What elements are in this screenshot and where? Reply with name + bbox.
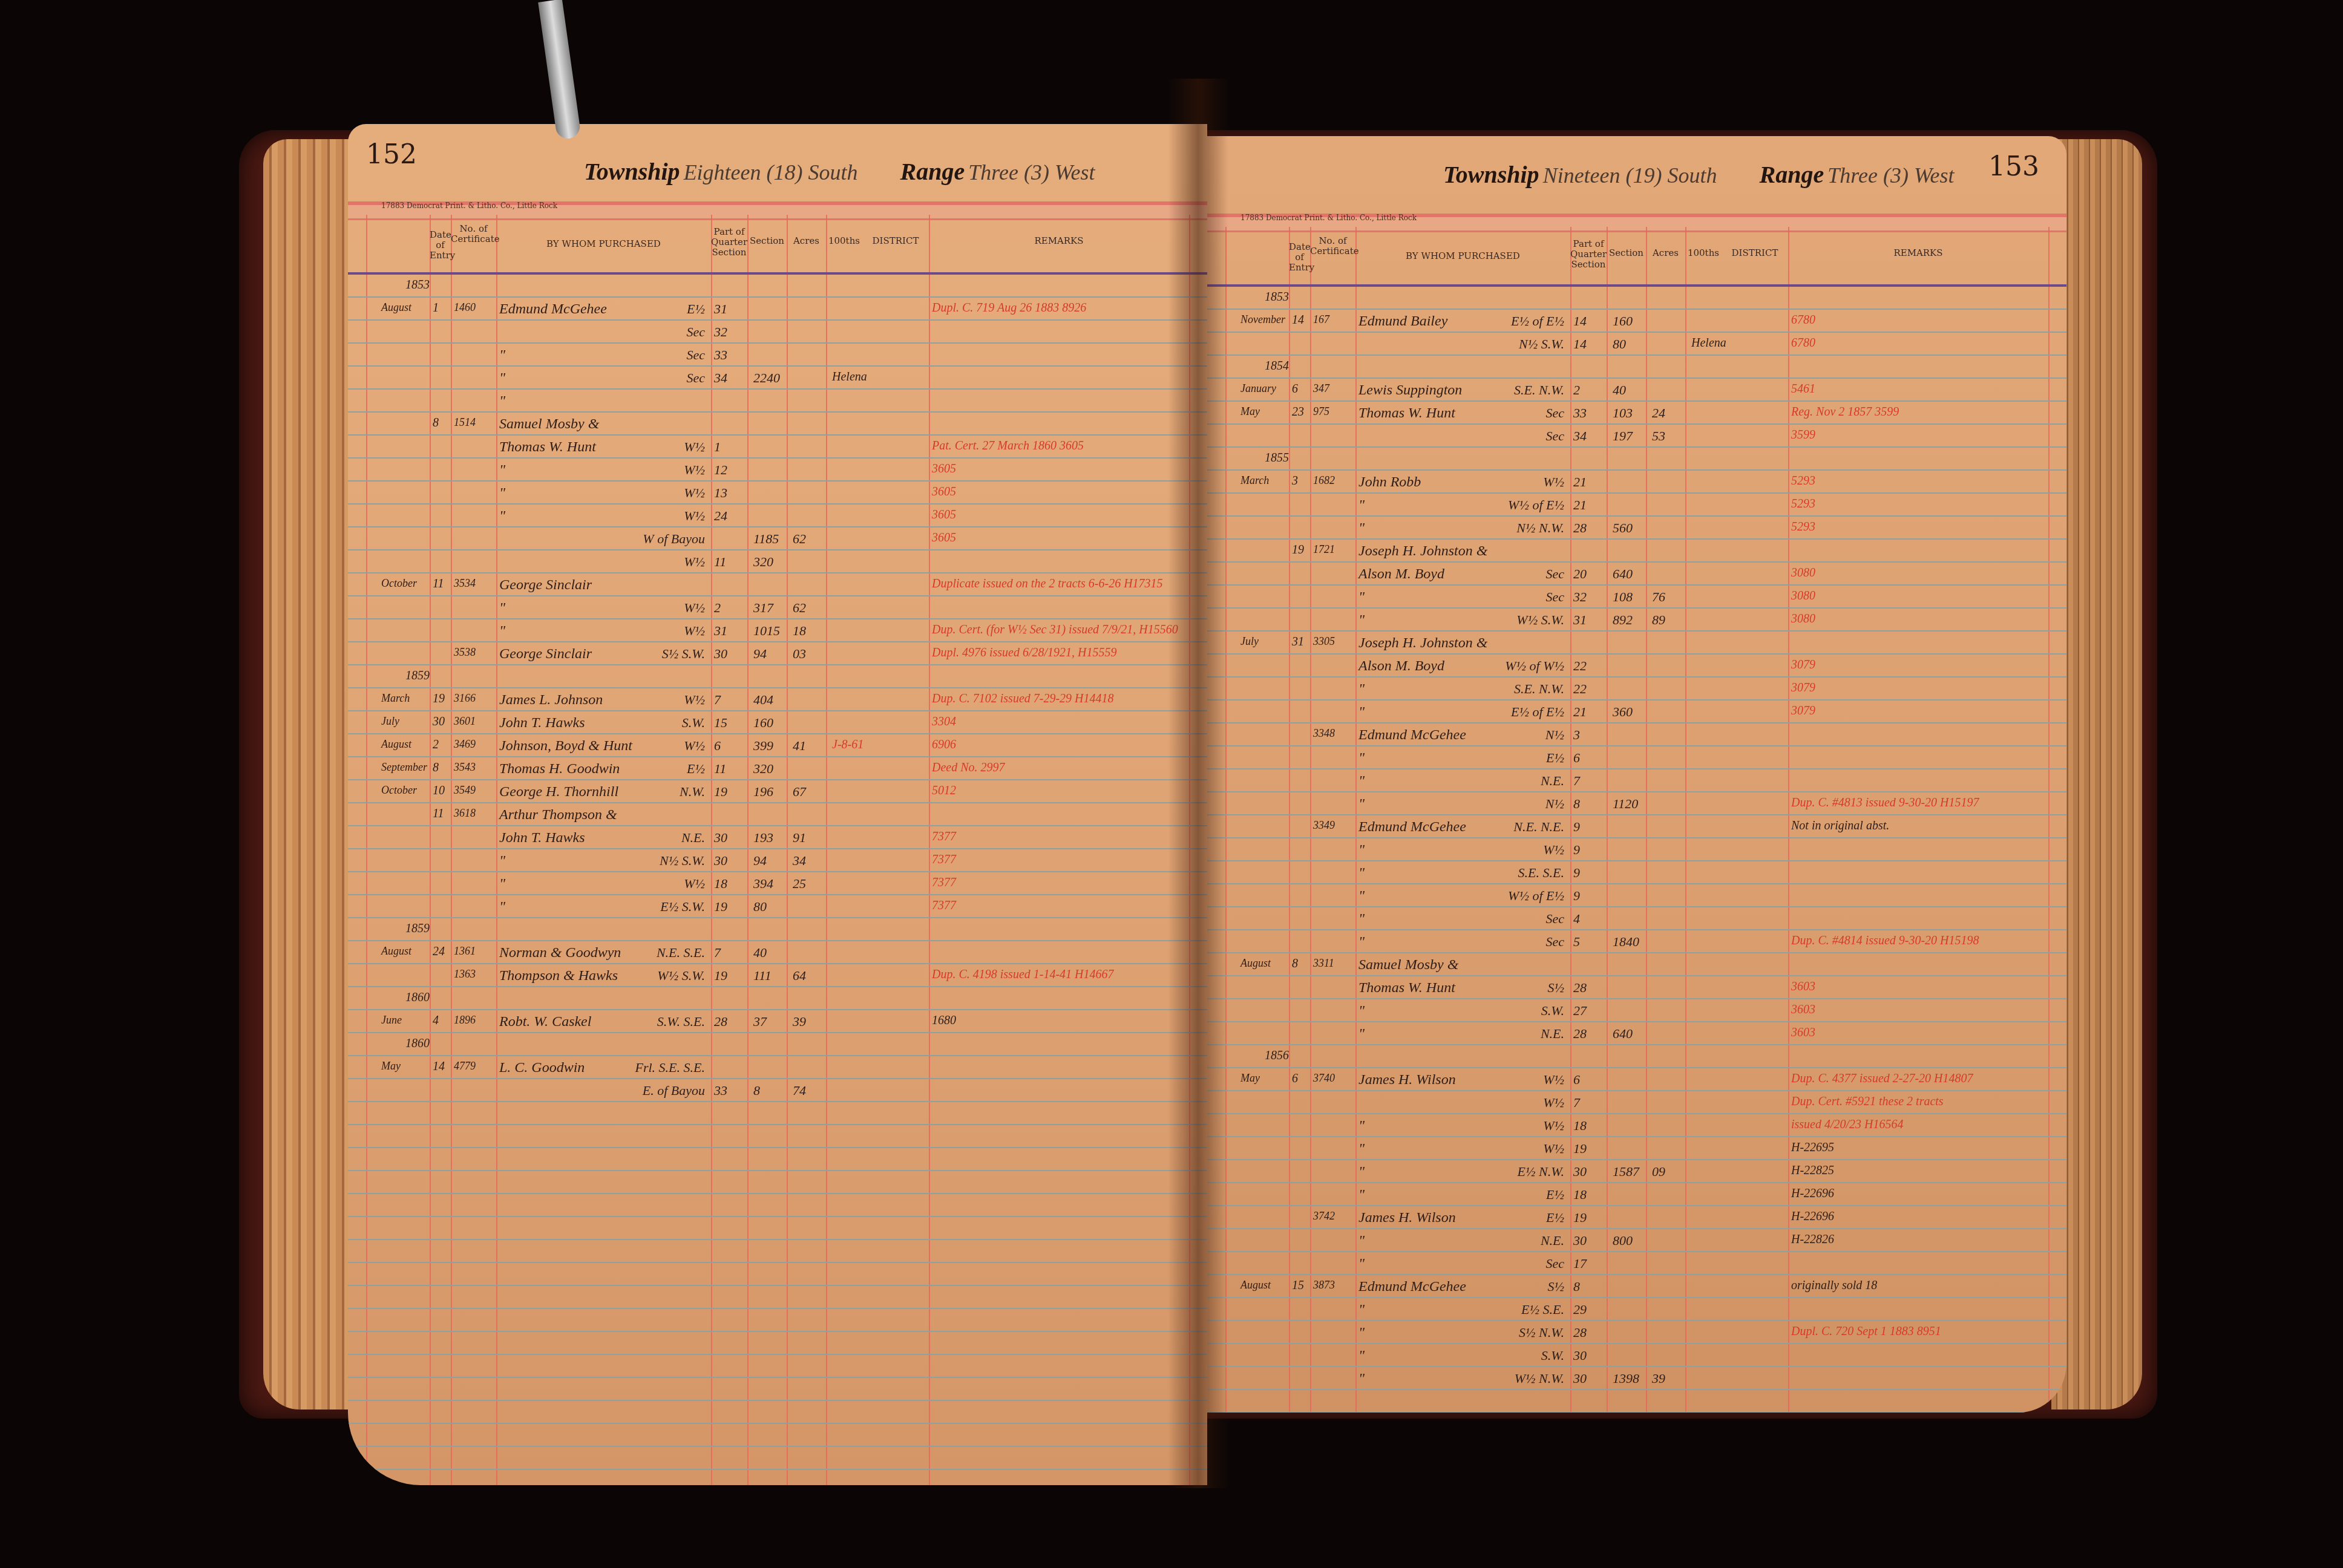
cell-part: W½ [608,439,705,455]
cell-sec: 19 [714,968,727,984]
cell-part: E½ of E½ [1467,313,1564,329]
cell-part: S½ [1467,980,1564,996]
cell-month: July [381,715,399,728]
cell-cert: 3742 [1313,1210,1335,1223]
cell-sec: 30 [1573,1233,1587,1249]
cell-name: " [1358,497,1365,514]
table-row: 1853 [348,275,1207,298]
cell-rem: 5461 [1791,382,1815,396]
table-row: August153873Edmund McGeheeS½8originally … [1207,1275,2066,1298]
cell-part: W½ [608,692,705,708]
township-value: Nineteen (19) South [1543,163,1717,188]
cell-part: E½ [608,761,705,777]
cell-hund: 76 [1652,589,1665,605]
cell-cert: 1363 [454,968,476,981]
page-number: 153 [1988,151,2039,182]
column-header: No. of Certificate [1310,236,1355,256]
page-heading: TownshipNineteen (19) South RangeThree (… [1443,160,1991,189]
cell-day: 6 [1292,1072,1298,1086]
table-row: " [348,390,1207,413]
cell-hund: 25 [793,876,806,892]
cell-part: E½ [1467,1210,1564,1226]
cell-name: John T. Hawks [499,715,585,731]
table-row: "Sec32108763080 [1207,586,2066,609]
cell-rem: Dupl. C. 719 Aug 26 1883 8926 [932,301,1086,315]
cell-sec: 3 [1573,727,1580,743]
table-row: 1859 [348,918,1207,941]
cell-name: John T. Hawks [499,830,585,846]
table-row: "Sec342240Helena [348,367,1207,390]
cell-cert: 1721 [1313,543,1335,556]
cell-rem: 5293 [1791,497,1815,511]
cell-sec: 8 [1573,796,1580,812]
cell-rem: H-22825 [1791,1164,1834,1178]
cell-day: 6 [1292,382,1298,396]
table-row: "E½ N.W.30158709H-22825 [1207,1160,2066,1183]
cell-rem: Dup. C. 4377 issued 2-27-20 H14807 [1791,1072,1973,1086]
cell-rem: originally sold 18 [1791,1279,1877,1293]
cell-rem: H-22826 [1791,1233,1834,1247]
left-page-edges [263,139,354,1410]
cell-cert: 3349 [1313,819,1335,832]
cell-part: N.E. [608,830,705,846]
cell-hund: 62 [793,531,806,547]
page-number: 152 [366,139,417,170]
township-value: Eighteen (18) South [684,160,858,185]
cell-name: " [499,876,505,892]
cell-rem: 5293 [1791,520,1815,534]
cell-month: May [1240,405,1260,418]
ledger-table: Date of EntryNo. of CertificateBY WHOM P… [1207,227,2066,1413]
table-row: "W½123605 [348,459,1207,482]
cell-sec: 19 [714,899,727,915]
cell-sec: 9 [1573,842,1580,858]
cell-acres: 40 [1613,382,1626,398]
cell-name: " [499,899,505,915]
cell-part: N½ N.W. [1467,520,1564,536]
cell-part: N.E. [1467,773,1564,789]
cell-sec: 30 [1573,1348,1587,1364]
cell-acres: 800 [1613,1233,1633,1249]
table-row: "S.W.30 [1207,1344,2066,1367]
cell-month: November [1240,313,1285,326]
cell-rem: H-22696 [1791,1210,1834,1224]
cell-sec: 20 [1573,566,1587,582]
cell-acres: 160 [1613,313,1633,329]
cell-name: " [499,393,505,410]
cell-sec: 33 [714,1083,727,1099]
cell-hund: 62 [793,600,806,616]
ledger-table: Date of EntryNo. of CertificateBY WHOM P… [348,215,1207,1485]
cell-part: N½ [1467,727,1564,743]
cell-sec: 6 [714,738,721,754]
cell-name: " [1358,888,1365,904]
cell-year: 1853 [1265,290,1289,304]
cell-day: 8 [433,416,439,430]
cell-rem: 6906 [932,738,956,752]
cell-acres: 399 [753,738,773,754]
cell-acres: 1185 [753,531,779,547]
column-header: Part of Quarter Section [711,227,747,258]
cell-name: " [1358,842,1365,858]
cell-acres: 108 [1613,589,1633,605]
cell-name: John Robb [1358,474,1421,491]
cell-cert: 3601 [454,715,476,728]
page-holder-pin [538,0,582,140]
cell-part: E½ [1467,1187,1564,1203]
cell-sec: 31 [714,301,727,317]
table-row: "N.E.7 [1207,769,2066,792]
cell-name: Edmund McGehee [1358,819,1466,835]
cell-day: 19 [433,692,445,706]
cell-part: N½ S.W. [1467,336,1564,352]
cell-part: Sec [608,324,705,340]
cell-name: Joseph H. Johnston & [1358,635,1487,652]
table-row: "W½ N.W.30139839 [1207,1367,2066,1390]
cell-name: " [1358,1256,1365,1272]
cell-part: E½ S.E. [1467,1302,1564,1318]
cell-hund: 67 [793,784,806,800]
cell-day: 1 [433,301,439,315]
cell-part: Sec [1467,934,1564,950]
cell-part: Sec [1467,566,1564,582]
cell-cert: 3538 [454,646,476,659]
table-row: 113618Arthur Thompson & [348,803,1207,826]
cell-cert: 1361 [454,945,476,958]
cell-sec: 31 [1573,612,1587,628]
cell-hund: 39 [1652,1371,1665,1387]
range-value: Three (3) West [968,160,1095,185]
cell-sec: 4 [1573,911,1580,927]
cell-name: " [1358,1187,1365,1203]
cell-name: " [1358,612,1365,629]
ledger-rows: 1853November14167Edmund BaileyE½ of E½14… [1207,287,2066,1413]
cell-month: May [1240,1072,1260,1085]
cell-rem: 5012 [932,784,956,798]
cell-part: S½ N.W. [1467,1325,1564,1341]
cell-name: Thompson & Hawks [499,968,618,984]
cell-name: George Sinclair [499,577,592,593]
cell-part: W of Bayou [608,531,705,547]
cell-part: W½ [608,738,705,754]
table-row: "N½ N.W.285605293 [1207,517,2066,540]
table-row: "W½ S.W.31892893080 [1207,609,2066,632]
table-row: March31682John RobbW½215293 [1207,471,2066,494]
cell-acres: 560 [1613,520,1633,536]
table-row: "W½19H-22695 [1207,1137,2066,1160]
cell-sec: 28 [1573,520,1587,536]
table-row: 1860 [348,987,1207,1010]
table-row: N½ S.W.1480Helena6780 [1207,333,2066,356]
table-row: "S.W.273603 [1207,999,2066,1022]
cell-month: August [1240,957,1271,970]
cell-sec: 12 [714,462,727,478]
cell-day: 3 [1292,474,1298,488]
cell-sec: 21 [1573,474,1587,490]
table-row: August23469Johnson, Boyd & HuntW½639941J… [348,734,1207,757]
cell-acres: 111 [753,968,772,984]
cell-hund: 41 [793,738,806,754]
cell-part: S½ S.W. [608,646,705,662]
cell-part: W½ [1467,1095,1564,1111]
cell-acres: 404 [753,692,773,708]
cell-rem: 3080 [1791,589,1815,603]
cell-acres: 193 [753,830,773,846]
cell-part: S.W. [1467,1348,1564,1364]
cell-dist: Helena [1691,336,1726,350]
cell-cert: 3549 [454,784,476,797]
cell-rem: Dup. Cert. #5921 these 2 tracts [1791,1095,1944,1109]
cell-month: March [381,692,410,705]
cell-name: " [1358,1141,1365,1157]
table-row: "Sec4 [1207,907,2066,930]
cell-cert: 3534 [454,577,476,590]
cell-year: 1856 [1265,1049,1289,1063]
cell-part: W½ [1467,1118,1564,1134]
cell-month: September [381,761,427,774]
cell-sec: 9 [1573,865,1580,881]
cell-name: Samuel Mosby & [499,416,599,433]
cell-sec: 30 [714,853,727,869]
cell-sec: 30 [1573,1371,1587,1387]
cell-acres: 1587 [1613,1164,1639,1180]
cell-sec: 27 [1573,1003,1587,1019]
cell-sec: 19 [1573,1210,1587,1226]
cell-sec: 13 [714,485,727,501]
cell-month: July [1240,635,1259,648]
cell-day: 11 [433,807,444,821]
cell-sec: 33 [1573,405,1587,421]
table-row: W of Bayou1185623605 [348,528,1207,550]
table-row: March193166James L. JohnsonW½7404Dup. C.… [348,688,1207,711]
cell-rem: 3603 [1791,980,1815,994]
table-row: 3538George SinclairS½ S.W.309403Dupl. 49… [348,642,1207,665]
cell-name: " [499,370,505,387]
cell-name: George H. Thornhill [499,784,618,800]
cell-day: 2 [433,738,439,752]
cell-sec: 24 [714,508,727,524]
cell-name: " [1358,1348,1365,1364]
cell-sec: 15 [714,715,727,731]
table-row: W½7Dup. Cert. #5921 these 2 tracts [1207,1091,2066,1114]
cell-hund: 24 [1652,405,1665,421]
cell-day: 8 [433,761,439,775]
range-label: Range [1760,161,1824,188]
cell-rem: Dup. C. 4198 issued 1-14-41 H14667 [932,968,1114,982]
table-row: 1853 [1207,287,2066,310]
cell-acres: 160 [753,715,773,731]
left-page: 152 TownshipEighteen (18) South RangeThr… [348,124,1207,1485]
cell-month: August [1240,1279,1271,1292]
table-row: 1363Thompson & HawksW½ S.W.1911164Dup. C… [348,964,1207,987]
cell-name: " [1358,750,1365,766]
table-row: January6347Lewis SuppingtonS.E. N.W.2405… [1207,379,2066,402]
cell-part: W½ [608,876,705,892]
cell-year: 1859 [405,669,430,683]
cell-part: E. of Bayou [608,1083,705,1099]
cell-part: W½ [608,462,705,478]
cell-rem: 6780 [1791,336,1815,350]
cell-part: N½ S.W. [608,853,705,869]
cell-day: 10 [433,784,445,798]
cell-cert: 4779 [454,1060,476,1073]
cell-cert: 1514 [454,416,476,429]
table-row: 1855 [1207,448,2066,471]
cell-rem: Pat. Cert. 27 March 1860 3605 [932,439,1084,453]
cell-hund: 34 [793,853,806,869]
cell-sec: 32 [714,324,727,340]
cell-part: S½ [1467,1279,1564,1295]
cell-rem: Dup. C. 7102 issued 7-29-29 H14418 [932,692,1114,706]
cell-name: " [499,623,505,639]
column-header: 100ths [1685,248,1722,258]
cell-name: " [1358,934,1365,950]
cell-acres: 1398 [1613,1371,1639,1387]
column-header: Date of Entry [430,230,451,261]
table-row: "N½81120Dup. C. #4813 issued 9-30-20 H15… [1207,792,2066,815]
table-row: 81514Samuel Mosby & [348,413,1207,436]
cell-sec: 28 [1573,1026,1587,1042]
cell-day: 4 [433,1014,439,1028]
table-row: Alson M. BoydW½ of W½223079 [1207,655,2066,678]
cell-part: W½ [1467,1072,1564,1088]
cell-part: Sec [1467,428,1564,444]
table-row: May63740James H. WilsonW½6Dup. C. 4377 i… [1207,1068,2066,1091]
cell-rem: 3605 [932,508,956,522]
cell-rem: Deed No. 2997 [932,761,1005,775]
cell-cert: 975 [1313,405,1329,418]
cell-month: August [381,738,411,751]
column-header: REMARKS [929,236,1189,246]
cell-name: " [499,600,505,616]
cell-acres: 94 [753,646,767,662]
column-headers: Date of EntryNo. of CertificateBY WHOM P… [1207,227,2066,287]
cell-name: " [499,347,505,364]
cell-cert: 3166 [454,692,476,705]
cell-part: S.E. N.W. [1467,382,1564,398]
column-headers: Date of EntryNo. of CertificateBY WHOM P… [348,215,1207,275]
cell-sec: 32 [1573,589,1587,605]
cell-hund: 39 [793,1014,806,1030]
cell-sec: 30 [714,646,727,662]
table-row: August11460Edmund McGeheeE½31Dupl. C. 71… [348,298,1207,321]
cell-name: L. C. Goodwin [499,1060,585,1076]
cell-name: Thomas H. Goodwin [499,761,620,777]
cell-name: " [1358,520,1365,537]
printer-imprint: 17883 Democrat Print. & Litho. Co., Litt… [381,201,557,210]
table-row: "N.E.286403603 [1207,1022,2066,1045]
cell-part: N.W. [608,784,705,800]
cell-name: Edmund McGehee [1358,727,1466,743]
cell-rem: 7377 [932,899,956,913]
cell-name: Joseph H. Johnston & [1358,543,1487,560]
cell-sec: 18 [1573,1118,1587,1134]
cell-day: 30 [433,715,445,729]
table-row: Sec34197533599 [1207,425,2066,448]
cell-sec: 11 [714,554,726,570]
cell-acres: 37 [753,1014,767,1030]
cell-acres: 2240 [753,370,780,386]
cell-part: W½ S.W. [1467,612,1564,628]
cell-part: W½ [608,485,705,501]
cell-part: E½ N.W. [1467,1164,1564,1180]
cell-name: Edmund Bailey [1358,313,1447,330]
cell-acres: 394 [753,876,773,892]
cell-acres: 1120 [1613,796,1638,812]
table-row: "W½ of E½9 [1207,884,2066,907]
column-header: Part of Quarter Section [1570,239,1607,270]
cell-cert: 1460 [454,301,476,314]
cell-part: W½ [608,554,705,570]
cell-acres: 40 [753,945,767,961]
cell-sec: 2 [1573,382,1580,398]
table-row: W½11320 [348,550,1207,573]
column-header: Acres [787,236,826,246]
cell-year: 1860 [405,1037,430,1051]
cell-part: W½ S.W. [608,968,705,984]
cell-cert: 3348 [1313,727,1335,740]
cell-name: " [1358,1302,1365,1318]
column-header: BY WHOM PURCHASED [1355,251,1570,261]
cell-dist: J-8-61 [832,738,863,752]
cell-sec: 14 [1573,313,1587,329]
cell-rem: Dup. C. #4814 issued 9-30-20 H15198 [1791,934,1979,948]
cell-name: " [499,853,505,869]
table-row: "W½9 [1207,838,2066,861]
cell-sec: 22 [1573,658,1587,674]
cell-rem: Dupl. 4976 issued 6/28/1921, H15559 [932,646,1117,660]
cell-rem: 3080 [1791,566,1815,580]
table-row: "E½ S.E.29 [1207,1298,2066,1321]
cell-part: W½ [608,508,705,524]
cell-name: Edmund McGehee [1358,1279,1466,1295]
cell-name: Thomas W. Hunt [499,439,596,456]
cell-sec: 8 [1573,1279,1580,1295]
cell-name: Alson M. Boyd [1358,658,1444,675]
column-header: REMARKS [1788,248,2048,258]
cell-rem: 3605 [932,462,956,476]
column-header: Date of Entry [1289,242,1310,273]
cell-month: June [381,1014,402,1027]
cell-sec: 21 [1573,704,1587,720]
cell-name: " [1358,589,1365,606]
cell-rem: issued 4/20/23 H16564 [1791,1118,1904,1132]
cell-rem: 3603 [1791,1026,1815,1040]
cell-sec: 7 [1573,1095,1580,1111]
cell-cert: 3740 [1313,1072,1335,1085]
table-row: "W½231762 [348,596,1207,619]
cell-rem: Reg. Nov 2 1857 3599 [1791,405,1899,419]
cell-month: October [381,784,417,797]
cell-part: W½ N.W. [1467,1371,1564,1387]
cell-name: " [499,462,505,479]
cell-part: Frl. S.E. S.E. [608,1060,705,1076]
cell-acres: 80 [753,899,767,915]
cell-hund: 74 [793,1083,806,1099]
cell-name: George Sinclair [499,646,592,662]
table-row: September83543Thomas H. GoodwinE½11320De… [348,757,1207,780]
table-row: "E½18H-22696 [1207,1183,2066,1206]
table-row: July313305Joseph H. Johnston & [1207,632,2066,655]
cell-acres: 640 [1613,1026,1633,1042]
cell-name: " [1358,1164,1365,1180]
cell-hund: 18 [793,623,806,639]
cell-hund: 91 [793,830,806,846]
cell-acres: 320 [753,761,773,777]
cell-name: James H. Wilson [1358,1072,1456,1088]
table-row: "W½18issued 4/20/23 H16564 [1207,1114,2066,1137]
cell-rem: Dup. Cert. (for W½ Sec 31) issued 7/9/21… [932,623,1178,637]
